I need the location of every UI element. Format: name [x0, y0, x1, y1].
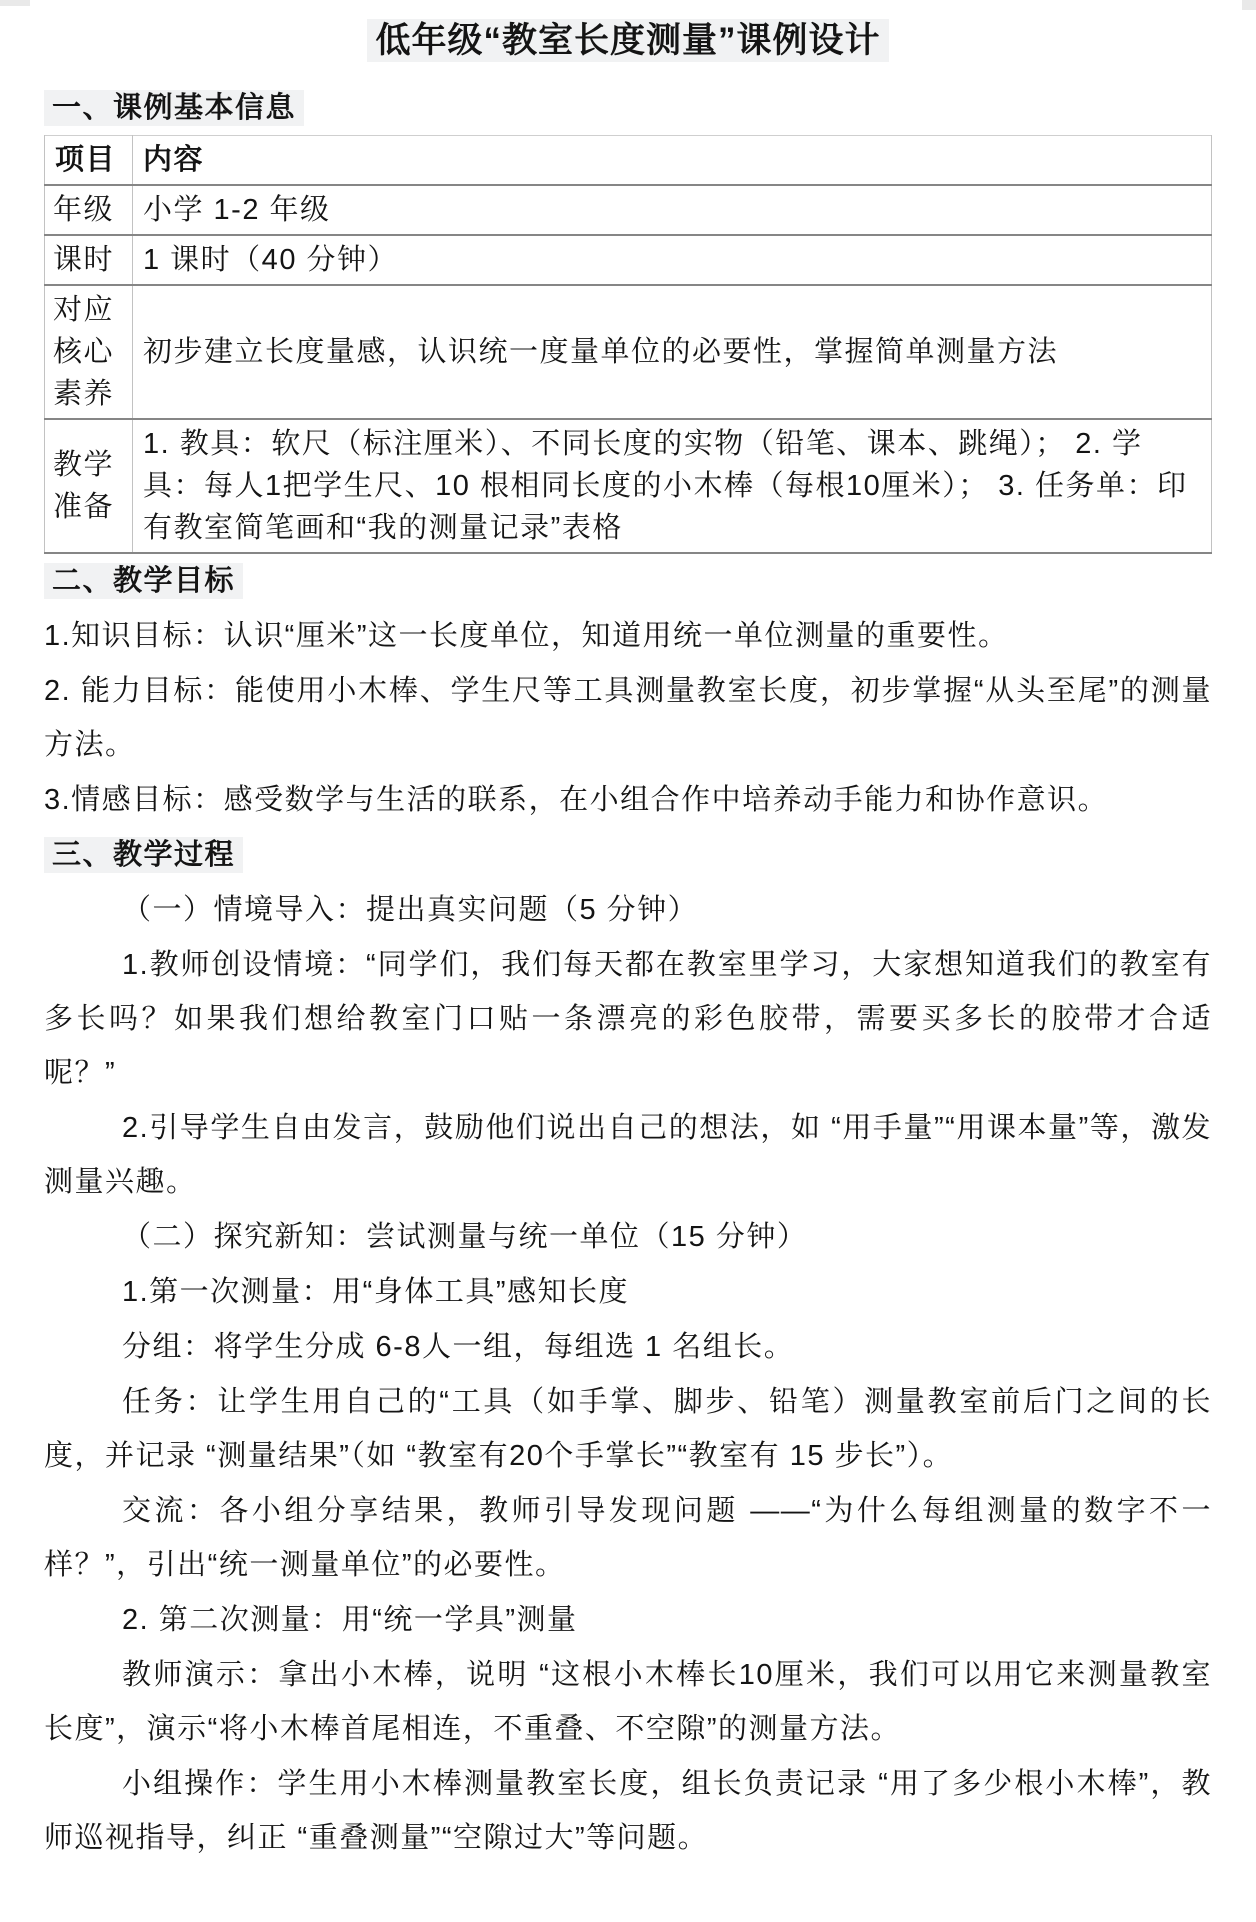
- paragraph-second-measure-title: 2. 第二次测量：用“统一学具”测量: [44, 1593, 1212, 1647]
- table-cell-period-label: 课时: [45, 235, 133, 285]
- paragraph-ability-objective: 2. 能力目标：能使用小木棒、学生尺等工具测量教室长度，初步掌握“从头至尾”的测…: [44, 664, 1212, 772]
- paragraph-stage1-step2: 2.引导学生自由发言，鼓励他们说出自己的想法，如 “用手量”“用课本量”等，激发…: [44, 1101, 1212, 1209]
- page-edge-artifact-left: [0, 0, 30, 6]
- table-cell-grade-value: 小学 1-2 年级: [133, 185, 1212, 235]
- table-header-item: 项目: [45, 136, 133, 186]
- section-heading-process: 三、教学过程: [44, 828, 1212, 882]
- paragraph-stage1-title: （一）情境导入：提出真实问题（5 分钟）: [44, 883, 1212, 937]
- paragraph-grouping: 分组：将学生分成 6-8人一组，每组选 1 名组长。: [44, 1320, 1212, 1374]
- paragraph-stage1-step1: 1.教师创设情境：“同学们，我们每天都在教室里学习，大家想知道我们的教室有多长吗…: [44, 938, 1212, 1100]
- table-row-grade: 年级 小学 1-2 年级: [45, 185, 1212, 235]
- paragraph-emotion-objective: 3.情感目标：感受数学与生活的联系，在小组合作中培养动手能力和协作意识。: [44, 773, 1212, 827]
- section-heading-objectives-text: 二、教学目标: [44, 563, 243, 599]
- table-cell-competency-value: 初步建立长度量感，认识统一度量单位的必要性，掌握简单测量方法: [133, 285, 1212, 419]
- page-title: 低年级“教室长度测量”课例设计: [44, 16, 1212, 66]
- paragraph-first-measure-title: 1.第一次测量：用“身体工具”感知长度: [44, 1265, 1212, 1319]
- paragraph-group-operation: 小组操作：学生用小木棒测量教室长度，组长负责记录 “用了多少根小木棒”，教师巡视…: [44, 1757, 1212, 1865]
- paragraph-knowledge-objective: 1.知识目标：认识“厘米”这一长度单位，知道用统一单位测量的重要性。: [44, 609, 1212, 663]
- table-cell-preparation-label: 教学准备: [45, 419, 133, 553]
- table-row-preparation: 教学准备 1. 教具：软尺（标注厘米）、不同长度的实物（铅笔、课本、跳绳）； 2…: [45, 419, 1212, 553]
- paragraph-exchange: 交流：各小组分享结果，教师引导发现问题 ——“为什么每组测量的数字不一样？”，引…: [44, 1484, 1212, 1592]
- table-cell-period-value: 1 课时（40 分钟）: [133, 235, 1212, 285]
- paragraph-teacher-demo: 教师演示：拿出小木棒，说明 “这根小木棒长10厘米，我们可以用它来测量教室长度”…: [44, 1648, 1212, 1756]
- table-cell-grade-label: 年级: [45, 185, 133, 235]
- section-heading-basic-info-text: 一、课例基本信息: [44, 90, 304, 126]
- basic-info-table: 项目 内容 年级 小学 1-2 年级 课时 1 课时（40 分钟） 对应核心素养…: [44, 135, 1212, 554]
- section-heading-objectives: 二、教学目标: [44, 554, 1212, 608]
- table-row-period: 课时 1 课时（40 分钟）: [45, 235, 1212, 285]
- table-row-competency: 对应核心素养 初步建立长度量感，认识统一度量单位的必要性，掌握简单测量方法: [45, 285, 1212, 419]
- section-heading-process-text: 三、教学过程: [44, 837, 243, 873]
- page-title-text: 低年级“教室长度测量”课例设计: [367, 19, 888, 62]
- table-header-content: 内容: [133, 136, 1212, 186]
- paragraph-task: 任务：让学生用自己的“工具（如手掌、脚步、铅笔）测量教室前后门之间的长度，并记录…: [44, 1375, 1212, 1483]
- document-page: 低年级“教室长度测量”课例设计 一、课例基本信息 项目 内容 年级 小学 1-2…: [0, 0, 1256, 1922]
- table-cell-competency-label: 对应核心素养: [45, 285, 133, 419]
- paragraph-stage2-title: （二）探究新知：尝试测量与统一单位（15 分钟）: [44, 1210, 1212, 1264]
- table-header-row: 项目 内容: [45, 136, 1212, 186]
- table-cell-preparation-value: 1. 教具：软尺（标注厘米）、不同长度的实物（铅笔、课本、跳绳）； 2. 学具：…: [133, 419, 1212, 553]
- section-heading-basic-info: 一、课例基本信息: [44, 81, 1212, 135]
- page-edge-artifact-right: [1242, 0, 1256, 10]
